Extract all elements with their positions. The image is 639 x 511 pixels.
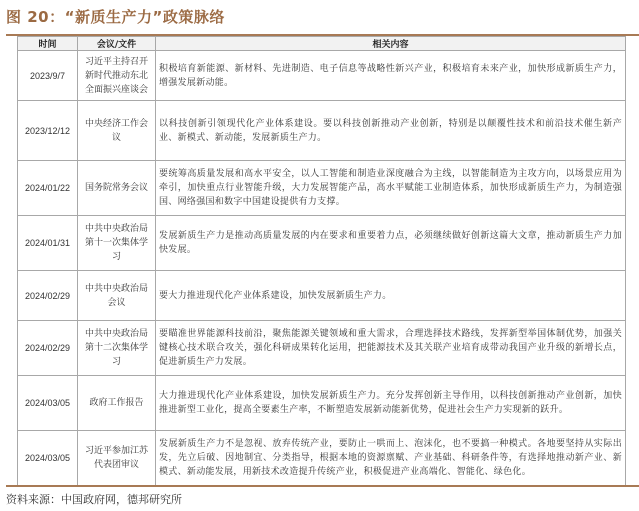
- row-content: 大力推进现代化产业体系建设，加快发展新质生产力。充分发挥创新主导作用，以科技创新…: [156, 376, 626, 431]
- row-date: 2024/03/05: [18, 431, 78, 486]
- row-date: 2024/01/22: [18, 161, 78, 216]
- row-date: 2024/02/29: [18, 271, 78, 321]
- row-date: 2023/12/12: [18, 101, 78, 161]
- row-date: 2024/02/29: [18, 321, 78, 376]
- table-header-row: 时间 会议/文件 相关内容: [18, 37, 626, 51]
- table-row: 2024/02/29 中共中央政治局第十二次集体学习 要瞄准世界能源科技前沿，聚…: [18, 321, 626, 376]
- row-meeting: 习近平参加江苏代表团审议: [78, 431, 156, 486]
- table-row: 2024/03/05 习近平参加江苏代表团审议 发展新质生产力不是忽视、放弃传统…: [18, 431, 626, 486]
- figure-title: 图 20：“新质生产力”政策脉络: [6, 6, 225, 27]
- source-note: 资料来源：中国政府网，德邦研究所: [6, 491, 182, 507]
- table-row: 2024/01/22 国务院常务会议 要统筹高质量发展和高水平安全，以人工智能和…: [18, 161, 626, 216]
- row-date: 2024/03/05: [18, 376, 78, 431]
- row-meeting: 国务院常务会议: [78, 161, 156, 216]
- row-content: 要大力推进现代化产业体系建设，加快发展新质生产力。: [156, 271, 626, 321]
- bottom-rule: [6, 485, 639, 487]
- row-content: 发展新质生产力是推动高质量发展的内在要求和重要着力点，必须继续做好创新这篇大文章…: [156, 216, 626, 271]
- table-row: 2023/9/7 习近平主持召开新时代推动东北全面振兴座谈会 积极培育新能源、新…: [18, 51, 626, 101]
- table-row: 2023/12/12 中央经济工作会议 以科技创新引领现代化产业体系建设。要以科…: [18, 101, 626, 161]
- header-meeting: 会议/文件: [78, 37, 156, 51]
- table-row: 2024/02/29 中共中央政治局会议 要大力推进现代化产业体系建设，加快发展…: [18, 271, 626, 321]
- row-content: 要瞄准世界能源科技前沿，聚焦能源关键领域和重大需求，合理选择技术路线，发挥新型举…: [156, 321, 626, 376]
- row-content: 以科技创新引领现代化产业体系建设。要以科技创新推动产业创新，特别是以颠覆性技术和…: [156, 101, 626, 161]
- row-content: 要统筹高质量发展和高水平安全，以人工智能和制造业深度融合为主线，以智能制造为主攻…: [156, 161, 626, 216]
- table-row: 2024/01/31 中共中央政治局第十一次集体学习 发展新质生产力是推动高质量…: [18, 216, 626, 271]
- row-date: 2024/01/31: [18, 216, 78, 271]
- table-row: 2024/03/05 政府工作报告 大力推进现代化产业体系建设，加快发展新质生产…: [18, 376, 626, 431]
- header-date: 时间: [18, 37, 78, 51]
- policy-timeline-table: 时间 会议/文件 相关内容 2023/9/7 习近平主持召开新时代推动东北全面振…: [17, 36, 626, 486]
- row-meeting: 政府工作报告: [78, 376, 156, 431]
- row-content: 积极培育新能源、新材料、先进制造、电子信息等战略性新兴产业，积极培育未来产业，加…: [156, 51, 626, 101]
- row-meeting: 中共中央政治局第十一次集体学习: [78, 216, 156, 271]
- row-date: 2023/9/7: [18, 51, 78, 101]
- row-meeting: 中央经济工作会议: [78, 101, 156, 161]
- row-meeting: 中共中央政治局会议: [78, 271, 156, 321]
- row-meeting: 习近平主持召开新时代推动东北全面振兴座谈会: [78, 51, 156, 101]
- row-content: 发展新质生产力不是忽视、放弃传统产业，要防止一哄而上、泡沫化，也不要搞一种模式。…: [156, 431, 626, 486]
- header-content: 相关内容: [156, 37, 626, 51]
- row-meeting: 中共中央政治局第十二次集体学习: [78, 321, 156, 376]
